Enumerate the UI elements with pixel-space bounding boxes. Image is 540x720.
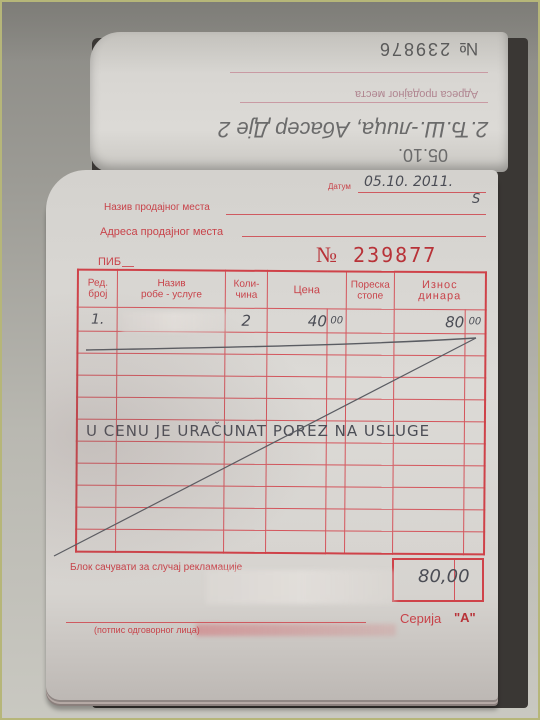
series-label: Серија xyxy=(400,611,441,626)
series-value: "A" xyxy=(454,610,476,625)
total-amount: 80,00 xyxy=(418,566,470,587)
col-header-item: Називробе - услуге xyxy=(117,270,225,308)
date-label: Датум xyxy=(328,182,351,191)
cell-price-dec: 00 xyxy=(327,309,346,333)
receipt-number: № 239877 xyxy=(316,242,437,268)
table-row xyxy=(77,441,485,466)
table-header-row: Ред.број Називробе - услуге Коли-чина Це… xyxy=(78,270,486,310)
cell-tax xyxy=(346,309,394,333)
col-header-price: Цена xyxy=(267,271,346,309)
date-suffix: S xyxy=(472,192,480,207)
table-row xyxy=(77,375,485,400)
numero-sign: № xyxy=(316,242,339,267)
mirrored-label: Адреса продајног места xyxy=(355,88,478,100)
mirrored-handwriting: 2.Ђ.Ш.-лица, Абасер Дје 2 xyxy=(218,116,488,142)
signature-label: (потпис одговорног лица) xyxy=(94,625,200,635)
table-row xyxy=(76,485,484,510)
table-row xyxy=(77,353,485,378)
mirrored-date: 05.10. xyxy=(398,144,448,165)
cell-amount: 80 xyxy=(394,309,465,333)
seller-address-label: Адреса продајног места xyxy=(100,226,223,238)
col-header-amount: Износдинара xyxy=(394,272,486,310)
redacted-signature xyxy=(196,624,396,636)
table-row xyxy=(77,397,485,422)
table-row xyxy=(76,529,484,554)
redacted-stamp xyxy=(206,570,396,604)
cell-qty: 2 xyxy=(225,308,267,332)
tax-note: U CENU JE URAČUNAT POREZ NA USLUGE xyxy=(86,422,430,440)
receipt-sheet: Датум 05.10. 2011. S Назив продајног мес… xyxy=(46,170,498,700)
col-header-qty: Коли-чина xyxy=(226,271,268,309)
date-value: 05.10. 2011. xyxy=(364,174,453,190)
pib-label: ПИБ xyxy=(98,256,121,268)
mirrored-number: № 239876 xyxy=(378,38,478,59)
cell-price: 40 xyxy=(267,308,328,332)
photo-frame: № 239876 Адреса продајног места 2.Ђ.Ш.-л… xyxy=(0,0,540,720)
table-row xyxy=(76,507,484,532)
rolled-previous-sheet: № 239876 Адреса продајног места 2.Ђ.Ш.-л… xyxy=(90,32,508,172)
table-row xyxy=(76,463,484,488)
col-header-tax: Порескастопе xyxy=(346,271,394,309)
cell-amount-dec: 00 xyxy=(465,310,486,334)
seller-name-label: Назив продајног места xyxy=(104,202,210,213)
redacted-item-name xyxy=(122,312,226,332)
table-row xyxy=(77,331,485,356)
receipt-number-value: 239877 xyxy=(353,243,437,267)
col-header-no: Ред.број xyxy=(78,270,118,308)
cell-no: 1. xyxy=(78,307,118,331)
